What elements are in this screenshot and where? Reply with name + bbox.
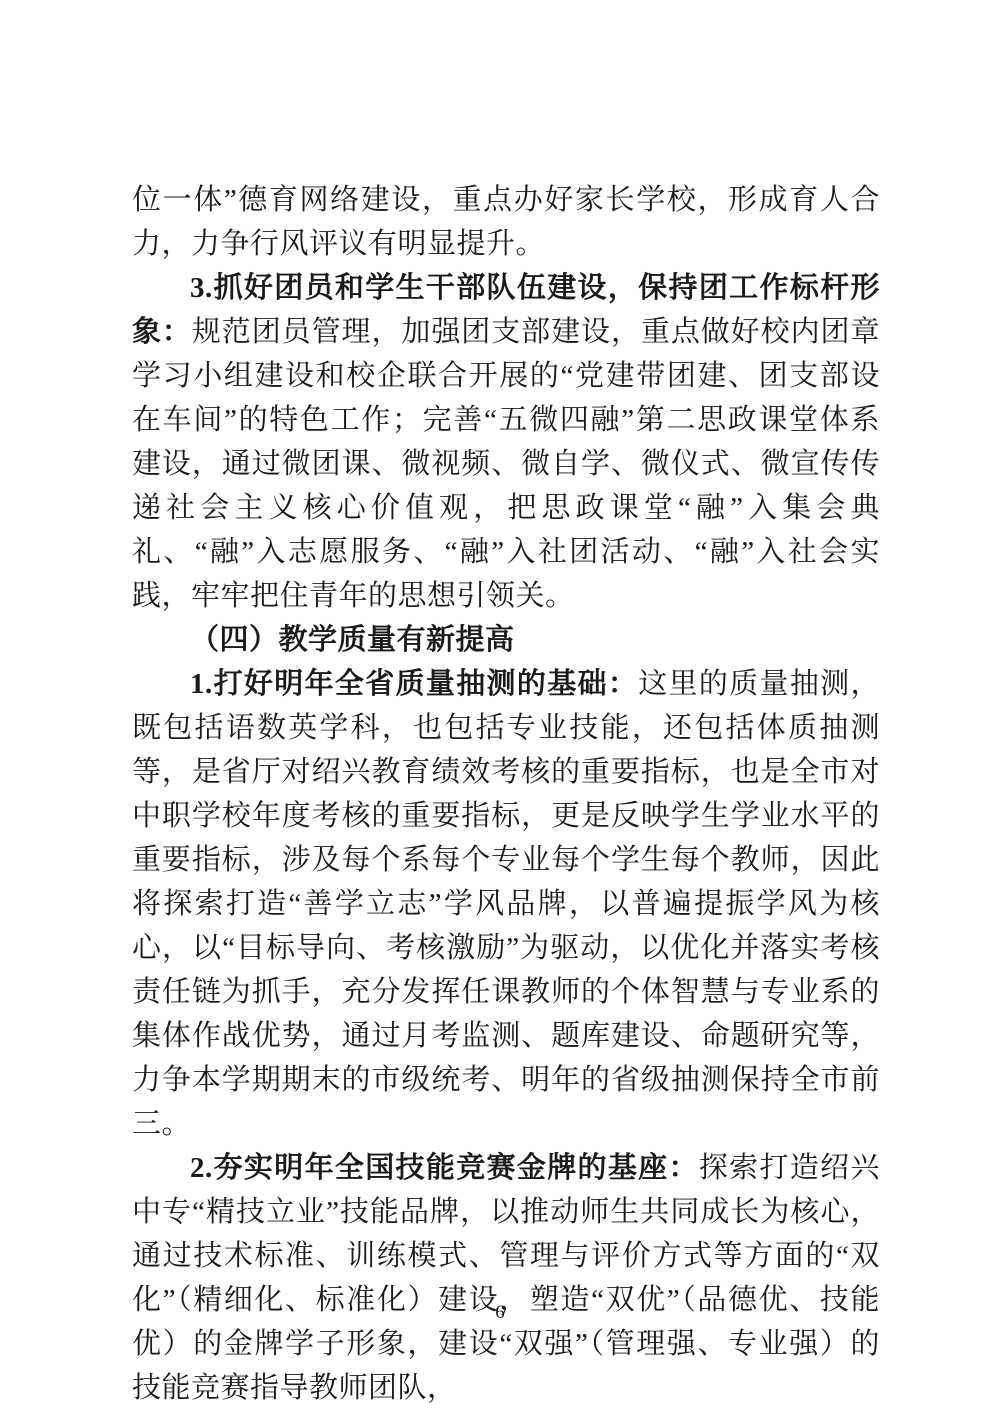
paragraph-continuation: 位一体”德育网络建设，重点办好家长学校，形成育人合力，力争行风评议有明显提升。 (132, 178, 880, 266)
document-page: 位一体”德育网络建设，重点办好家长学校，形成育人合力，力争行风评议有明显提升。 … (0, 0, 1000, 1414)
document-body: 位一体”德育网络建设，重点办好家长学校，形成育人合力，力争行风评议有明显提升。 … (132, 178, 880, 1410)
section-heading: （四）教学质量有新提高 (132, 618, 880, 662)
paragraph: 1.打好明年全省质量抽测的基础：这里的质量抽测，既包括语数英学科，也包括专业技能… (132, 662, 880, 1146)
section-heading-text: （四）教学质量有新提高 (190, 624, 515, 656)
paragraph-lead-bold: 1.打好明年全省质量抽测的基础： (190, 668, 638, 700)
page-number: 6 (0, 1302, 1000, 1324)
paragraph-text: 位一体”德育网络建设，重点办好家长学校，形成育人合力，力争行风评议有明显提升。 (132, 184, 880, 260)
paragraph-text: 这里的质量抽测，既包括语数英学科，也包括专业技能，还包括体质抽测等，是省厅对绍兴… (132, 668, 880, 1140)
paragraph-text: 规范团员管理，加强团支部建设，重点做好校内团章学习小组建设和校企联合开展的“党建… (132, 316, 880, 612)
paragraph: 2.夯实明年全国技能竞赛金牌的基座：探索打造绍兴中专“精技立业”技能品牌，以推动… (132, 1146, 880, 1410)
paragraph-text: 探索打造绍兴中专“精技立业”技能品牌，以推动师生共同成长为核心，通过技术标准、训… (132, 1152, 880, 1404)
paragraph-lead-bold: 2.夯实明年全国技能竞赛金牌的基座： (190, 1152, 699, 1184)
paragraph: 3.抓好团员和学生干部队伍建设，保持团工作标杆形象：规范团员管理，加强团支部建设… (132, 266, 880, 618)
